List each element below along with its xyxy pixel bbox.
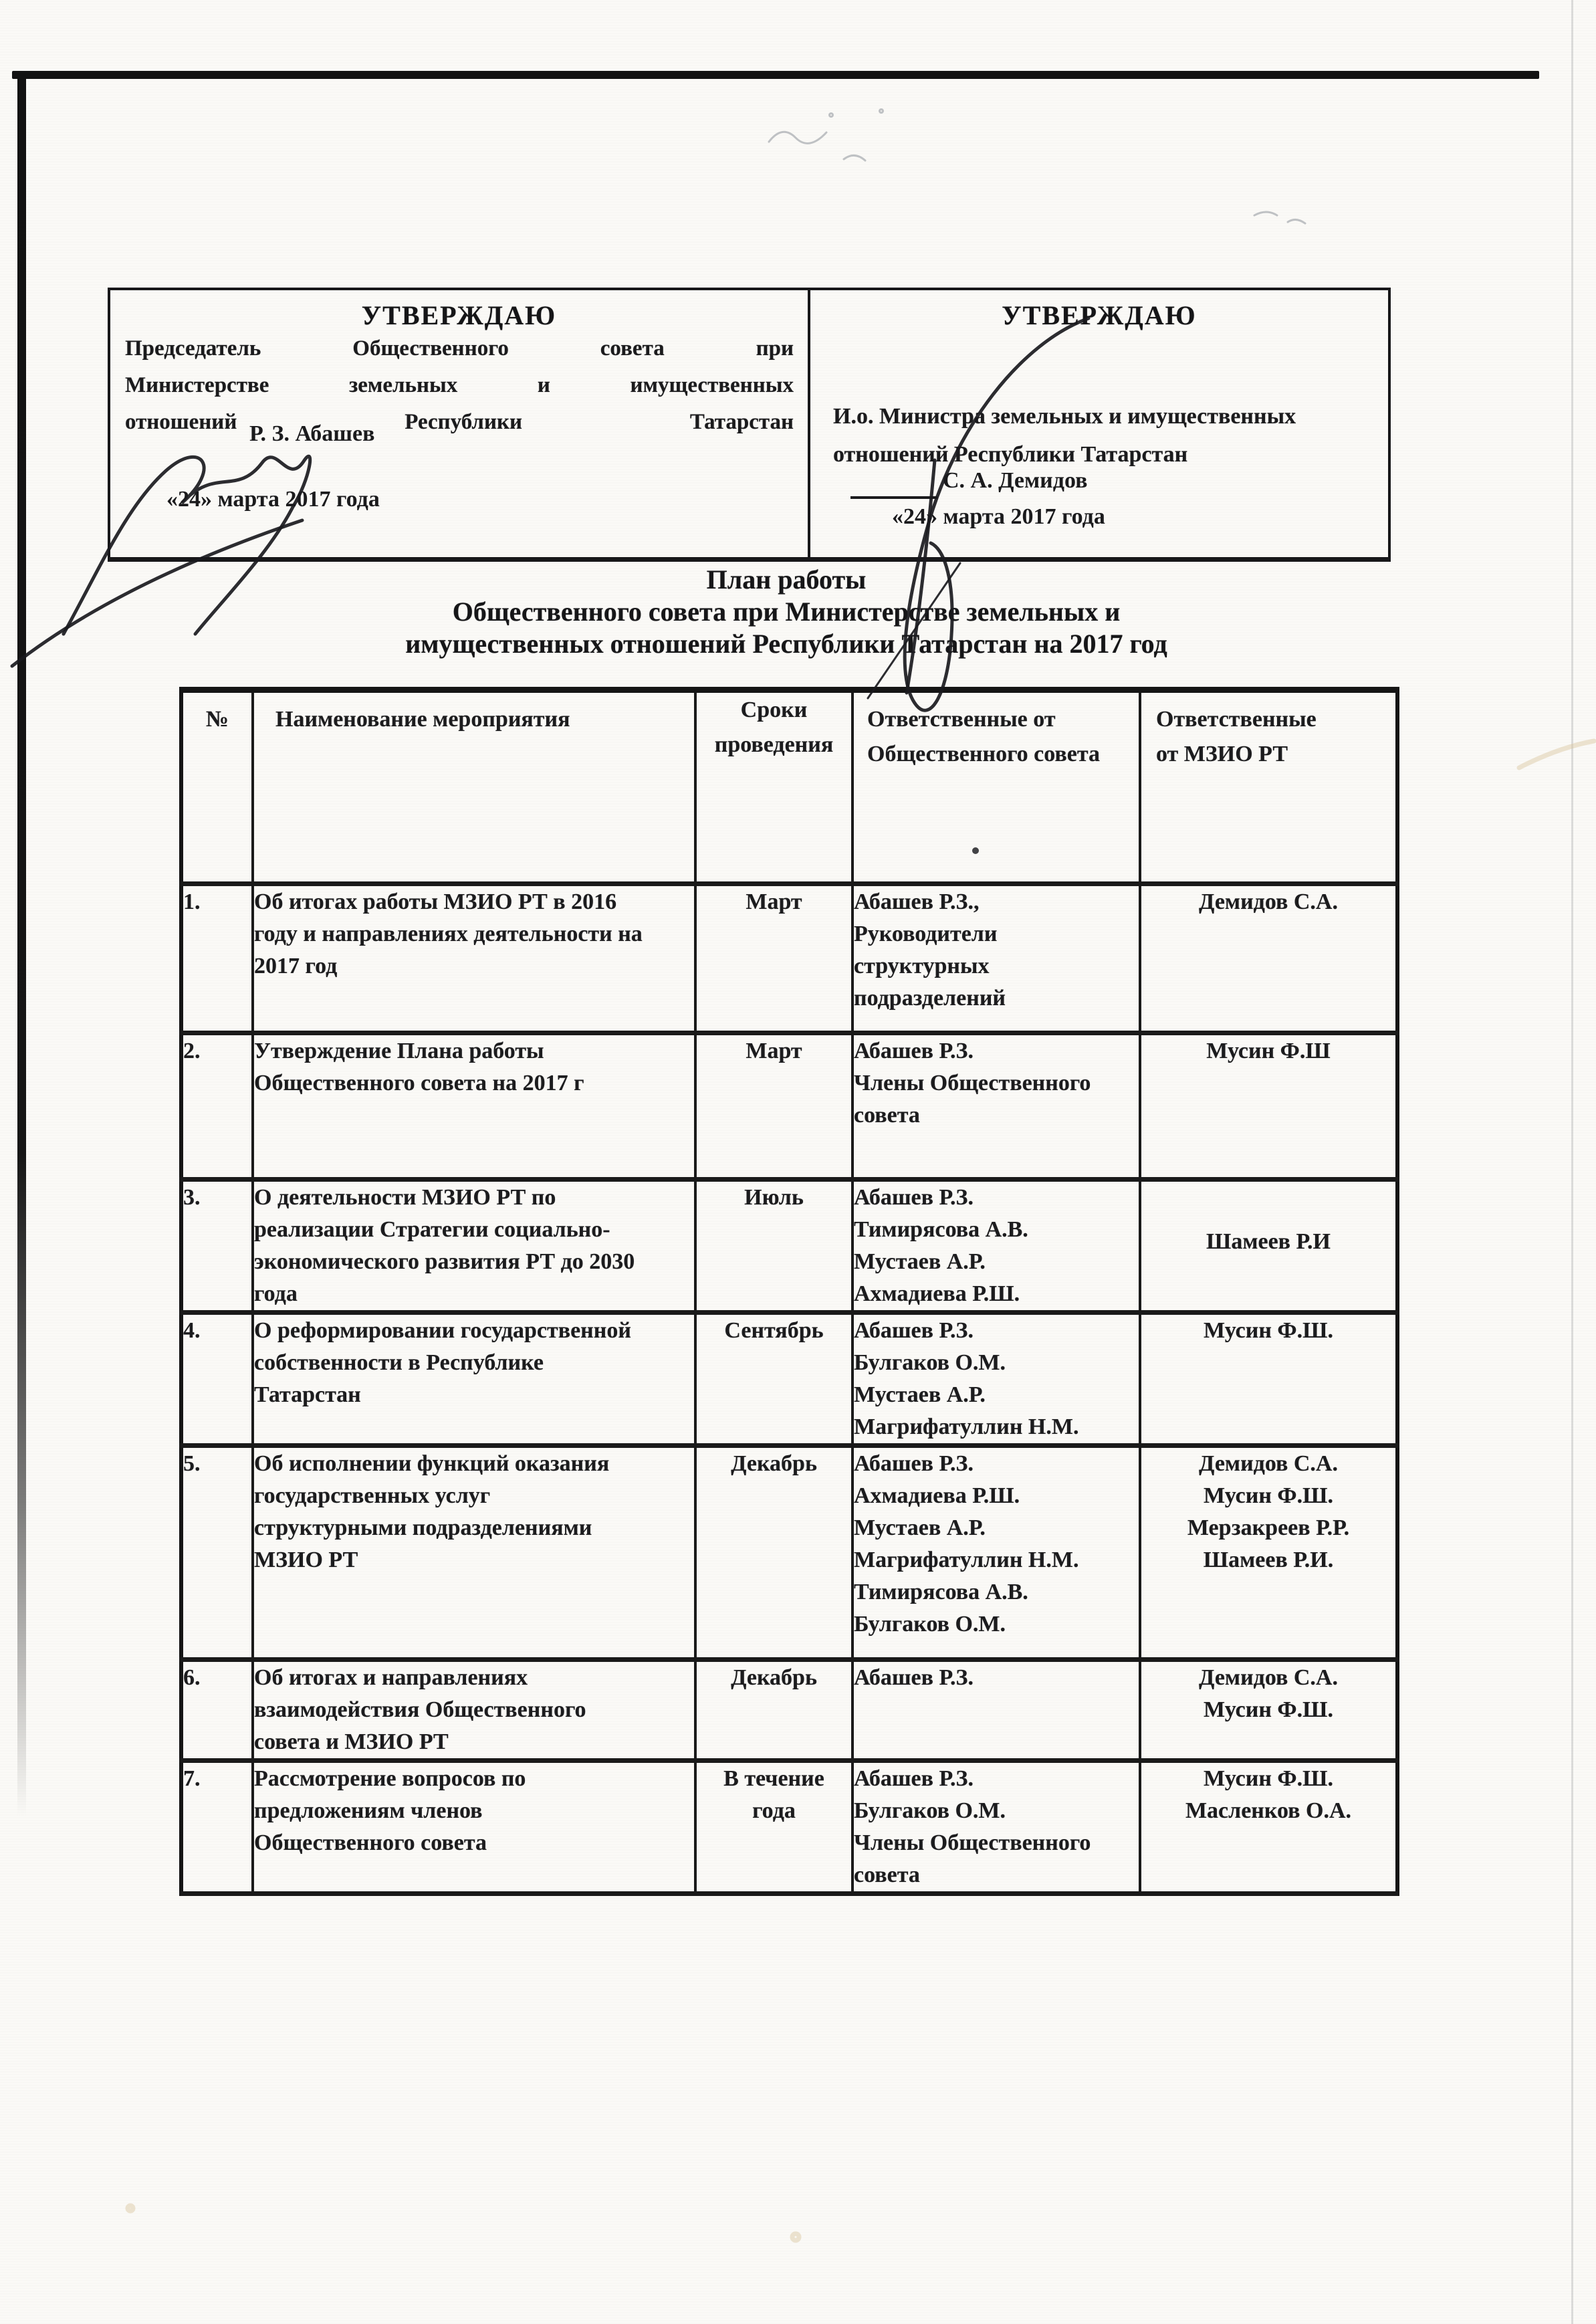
pencil-mark	[1254, 212, 1277, 215]
cell-resp-council: Абашев Р.З.	[852, 1660, 1140, 1761]
pencil-mark	[844, 155, 865, 161]
cell-number: 4.	[181, 1313, 253, 1446]
header-cell-number: №	[181, 690, 253, 884]
header-cell-resp-ministry: Ответственные от МЗИО РТ	[1140, 690, 1397, 884]
cell-name: О реформировании государственной собстве…	[253, 1313, 695, 1446]
pencil-dot	[830, 114, 833, 117]
cell-resp-ministry: Мусин Ф.Ш.	[1140, 1313, 1397, 1446]
cell-name: Об итогах работы МЗИО РТ в 2016 году и н…	[253, 884, 695, 1033]
cell-resp-ministry: Мусин Ф.Ш	[1140, 1033, 1397, 1180]
cell-term: В течение года	[695, 1761, 852, 1894]
approval-left-body: Председатель Общественного совета при Ми…	[125, 330, 794, 441]
approval-boxes: УТВЕРЖДАЮ Председатель Общественного сов…	[108, 288, 1391, 562]
scan-smudge-dot	[792, 2234, 799, 2240]
approval-box-left: УТВЕРЖДАЮ Председатель Общественного сов…	[110, 290, 810, 557]
cell-resp-council: Абашев Р.З. Члены Общественного совета	[852, 1033, 1140, 1180]
cell-resp-council: Абашев Р.З., Руководители структурных по…	[852, 884, 1140, 1033]
cell-resp-ministry: Шамеев Р.И	[1140, 1180, 1397, 1313]
cell-resp-ministry: Демидов С.А. Мусин Ф.Ш.	[1140, 1660, 1397, 1761]
approval-right-body: И.о. Министра земельных и имущественных …	[833, 397, 1375, 473]
scan-smudge-dot	[128, 2206, 133, 2211]
approval-right-signer-name: С. А. Демидов	[943, 468, 1087, 494]
table-row: 6. Об итогах и направлениях взаимодейств…	[181, 1660, 1397, 1761]
cell-number: 5.	[181, 1446, 253, 1660]
table-row: 7. Рассмотрение вопросов по предложениям…	[181, 1761, 1397, 1894]
cell-term: Декабрь	[695, 1660, 852, 1761]
approval-right-date: «24» марта 2017 года	[892, 504, 1105, 530]
table-row: 3. О деятельности МЗИО РТ по реализации …	[181, 1180, 1397, 1313]
cell-term: Март	[695, 1033, 852, 1180]
cell-number: 2.	[181, 1033, 253, 1180]
scan-edge-right-line	[1571, 0, 1573, 2324]
approval-box-right: УТВЕРЖДАЮ И.о. Министра земельных и имущ…	[810, 290, 1388, 557]
table-row: 2. Утверждение Плана работы Общественног…	[181, 1033, 1397, 1180]
cell-resp-council: Абашев Р.З. Булгаков О.М. Мустаев А.Р. М…	[852, 1313, 1140, 1446]
cell-resp-ministry: Демидов С.А.	[1140, 884, 1397, 1033]
pencil-mark	[769, 132, 826, 143]
table-header-row: № Наименование мероприятия Сроки проведе…	[181, 690, 1397, 884]
document-title: План работы Общественного совета при Мин…	[182, 564, 1391, 660]
cell-number: 3.	[181, 1180, 253, 1313]
scan-edge-left-bar	[17, 71, 26, 1816]
pencil-mark	[1288, 219, 1305, 223]
table-row: 5. Об исполнении функций оказания госуда…	[181, 1446, 1397, 1660]
cell-resp-ministry: Мусин Ф.Ш. Масленков О.А.	[1140, 1761, 1397, 1894]
cell-number: 6.	[181, 1660, 253, 1761]
header-cell-term: Сроки проведения	[695, 690, 852, 884]
table-row: 1. Об итогах работы МЗИО РТ в 2016 году …	[181, 884, 1397, 1033]
approval-right-heading: УТВЕРЖДАЮ	[810, 300, 1388, 331]
cell-resp-ministry: Демидов С.А. Мусин Ф.Ш. Мерзакреев Р.Р. …	[1140, 1446, 1397, 1660]
cell-resp-council: Абашев Р.З. Ахмадиева Р.Ш. Мустаев А.Р. …	[852, 1446, 1140, 1660]
cell-term: Март	[695, 884, 852, 1033]
cell-number: 1.	[181, 884, 253, 1033]
table-row: 4. О реформировании государственной собс…	[181, 1313, 1397, 1446]
cell-name: Утверждение Плана работы Общественного с…	[253, 1033, 695, 1180]
cell-name: Рассмотрение вопросов по предложениям чл…	[253, 1761, 695, 1894]
header-cell-resp-council: Ответственные от Общественного совета	[852, 690, 1140, 884]
cell-name: О деятельности МЗИО РТ по реализации Стр…	[253, 1180, 695, 1313]
cell-resp-council: Абашев Р.З. Тимирясова А.В. Мустаев А.Р.…	[852, 1180, 1140, 1313]
work-plan-table: № Наименование мероприятия Сроки проведе…	[179, 687, 1399, 1896]
approval-left-date: «24» марта 2017 года	[166, 487, 380, 512]
header-cell-name: Наименование мероприятия	[253, 690, 695, 884]
approval-left-signer-name: Р. З. Абашев	[249, 421, 374, 447]
cell-name: Об исполнении функций оказания государст…	[253, 1446, 695, 1660]
scan-smudge	[1519, 741, 1594, 768]
cell-term: Декабрь	[695, 1446, 852, 1660]
scanned-document-page: УТВЕРЖДАЮ Председатель Общественного сов…	[0, 0, 1596, 2324]
approval-left-heading: УТВЕРЖДАЮ	[110, 300, 808, 331]
pencil-dot	[880, 110, 883, 113]
signature-underline	[850, 496, 937, 499]
cell-resp-council: Абашев Р.З. Булгаков О.М. Члены Обществе…	[852, 1761, 1140, 1894]
scan-edge-top-line	[12, 71, 1539, 79]
cell-term: Июль	[695, 1180, 852, 1313]
cell-name: Об итогах и направлениях взаимодействия …	[253, 1660, 695, 1761]
cell-number: 7.	[181, 1761, 253, 1894]
cell-term: Сентябрь	[695, 1313, 852, 1446]
